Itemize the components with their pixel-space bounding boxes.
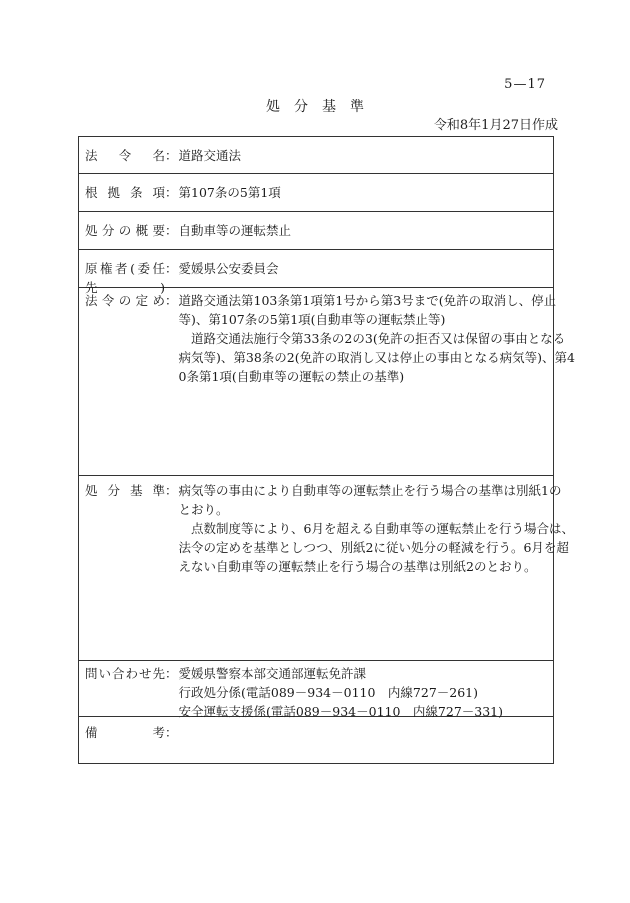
value-line: 等)、第107条の5第1項(自動車等の運転禁止等) [179, 310, 549, 329]
page-number: 5—17 [504, 77, 546, 92]
document-title: 処 分 基 準 [0, 96, 630, 116]
table-row-law-provisions: 法令の定め ： 道路交通法第103条第1項第1号から第3号まで(免許の取消し、停… [79, 288, 553, 476]
value-line: 病気等の事由により自動車等の運転禁止を行う場合の基準は別紙1の [179, 481, 549, 500]
value-line: 第107条の5第1項 [179, 183, 549, 202]
table-row-contact: 問い合わせ先 ： 愛媛県警察本部交通部運転免許課 行政処分係(電話089－934… [79, 661, 553, 717]
label-colon: ： [165, 183, 179, 202]
row-label-law-name: 法令名 [85, 146, 165, 165]
row-value-disposition-summary: 自動車等の運転禁止 [179, 221, 549, 240]
row-value-law-provisions: 道路交通法第103条第1項第1号から第3号まで(免許の取消し、停止 等)、第10… [179, 291, 549, 386]
row-value-original-authority: 愛媛県公安委員会 [179, 259, 549, 278]
value-line: とおり。 [179, 500, 549, 519]
table-row-disposition-criteria: 処分基準 ： 病気等の事由により自動車等の運転禁止を行う場合の基準は別紙1の と… [79, 476, 553, 661]
row-value-law-name: 道路交通法 [179, 146, 549, 165]
label-colon: ： [165, 259, 179, 278]
row-label-disposition-criteria: 処分基準 [85, 481, 165, 500]
value-line: 行政処分係(電話089－934－0110 内線727－261) [179, 683, 549, 702]
row-value-disposition-criteria: 病気等の事由により自動車等の運転禁止を行う場合の基準は別紙1の とおり。 点数制… [179, 481, 549, 576]
label-colon: ： [165, 723, 179, 742]
value-line: 自動車等の運転禁止 [179, 221, 549, 240]
value-line: 法令の定めを基準としつつ、別紙2に従い処分の軽減を行う。6月を超 [179, 538, 549, 557]
label-colon: ： [165, 291, 179, 310]
row-label-contact: 問い合わせ先 [85, 664, 165, 683]
row-label-law-provisions: 法令の定め [85, 291, 165, 310]
document-page: 5—17 処 分 基 準 令和8年1月27日作成 法令名 ： 道路交通法 根拠条… [0, 0, 630, 903]
value-line: 病気等)、第38条の2(免許の取消し又は停止の事由となる病気等)、第4 [179, 348, 549, 367]
table-row-disposition-summary: 処分の概要 ： 自動車等の運転禁止 [79, 212, 553, 250]
value-line: 点数制度等により、6月を超える自動車等の運転禁止を行う場合は、 [179, 519, 549, 538]
created-date: 令和8年1月27日作成 [434, 114, 558, 133]
row-value-legal-basis: 第107条の5第1項 [179, 183, 549, 202]
table-row-law-name: 法令名 ： 道路交通法 [79, 137, 553, 174]
label-colon: ： [165, 221, 179, 240]
value-line: 道路交通法施行令第33条の2の3(免許の拒否又は保留の事由となる [179, 329, 549, 348]
table-row-original-authority: 原権者(委任先) ： 愛媛県公安委員会 [79, 250, 553, 288]
label-colon: ： [165, 146, 179, 165]
row-value-contact: 愛媛県警察本部交通部運転免許課 行政処分係(電話089－934－0110 内線7… [179, 664, 549, 721]
value-line: 0条第1項(自動車等の運転の禁止の基準) [179, 367, 549, 386]
table-row-legal-basis: 根拠条項 ： 第107条の5第1項 [79, 174, 553, 212]
table-row-remarks: 備考 ： [79, 717, 553, 763]
disposition-table: 法令名 ： 道路交通法 根拠条項 ： 第107条の5第1項 処分の概要 ： 自動… [78, 136, 554, 764]
row-label-disposition-summary: 処分の概要 [85, 221, 165, 240]
label-colon: ： [165, 664, 179, 683]
value-line: 愛媛県警察本部交通部運転免許課 [179, 664, 549, 683]
row-label-remarks: 備考 [85, 723, 165, 742]
value-line: 安全運転支援係(電話089－934－0110 内線727－331) [179, 702, 549, 721]
label-colon: ： [165, 481, 179, 500]
value-line: 道路交通法 [179, 146, 549, 165]
value-line: えない自動車等の運転禁止を行う場合の基準は別紙2のとおり。 [179, 557, 549, 576]
row-label-legal-basis: 根拠条項 [85, 183, 165, 202]
value-line: 愛媛県公安委員会 [179, 259, 549, 278]
value-line: 道路交通法第103条第1項第1号から第3号まで(免許の取消し、停止 [179, 291, 549, 310]
